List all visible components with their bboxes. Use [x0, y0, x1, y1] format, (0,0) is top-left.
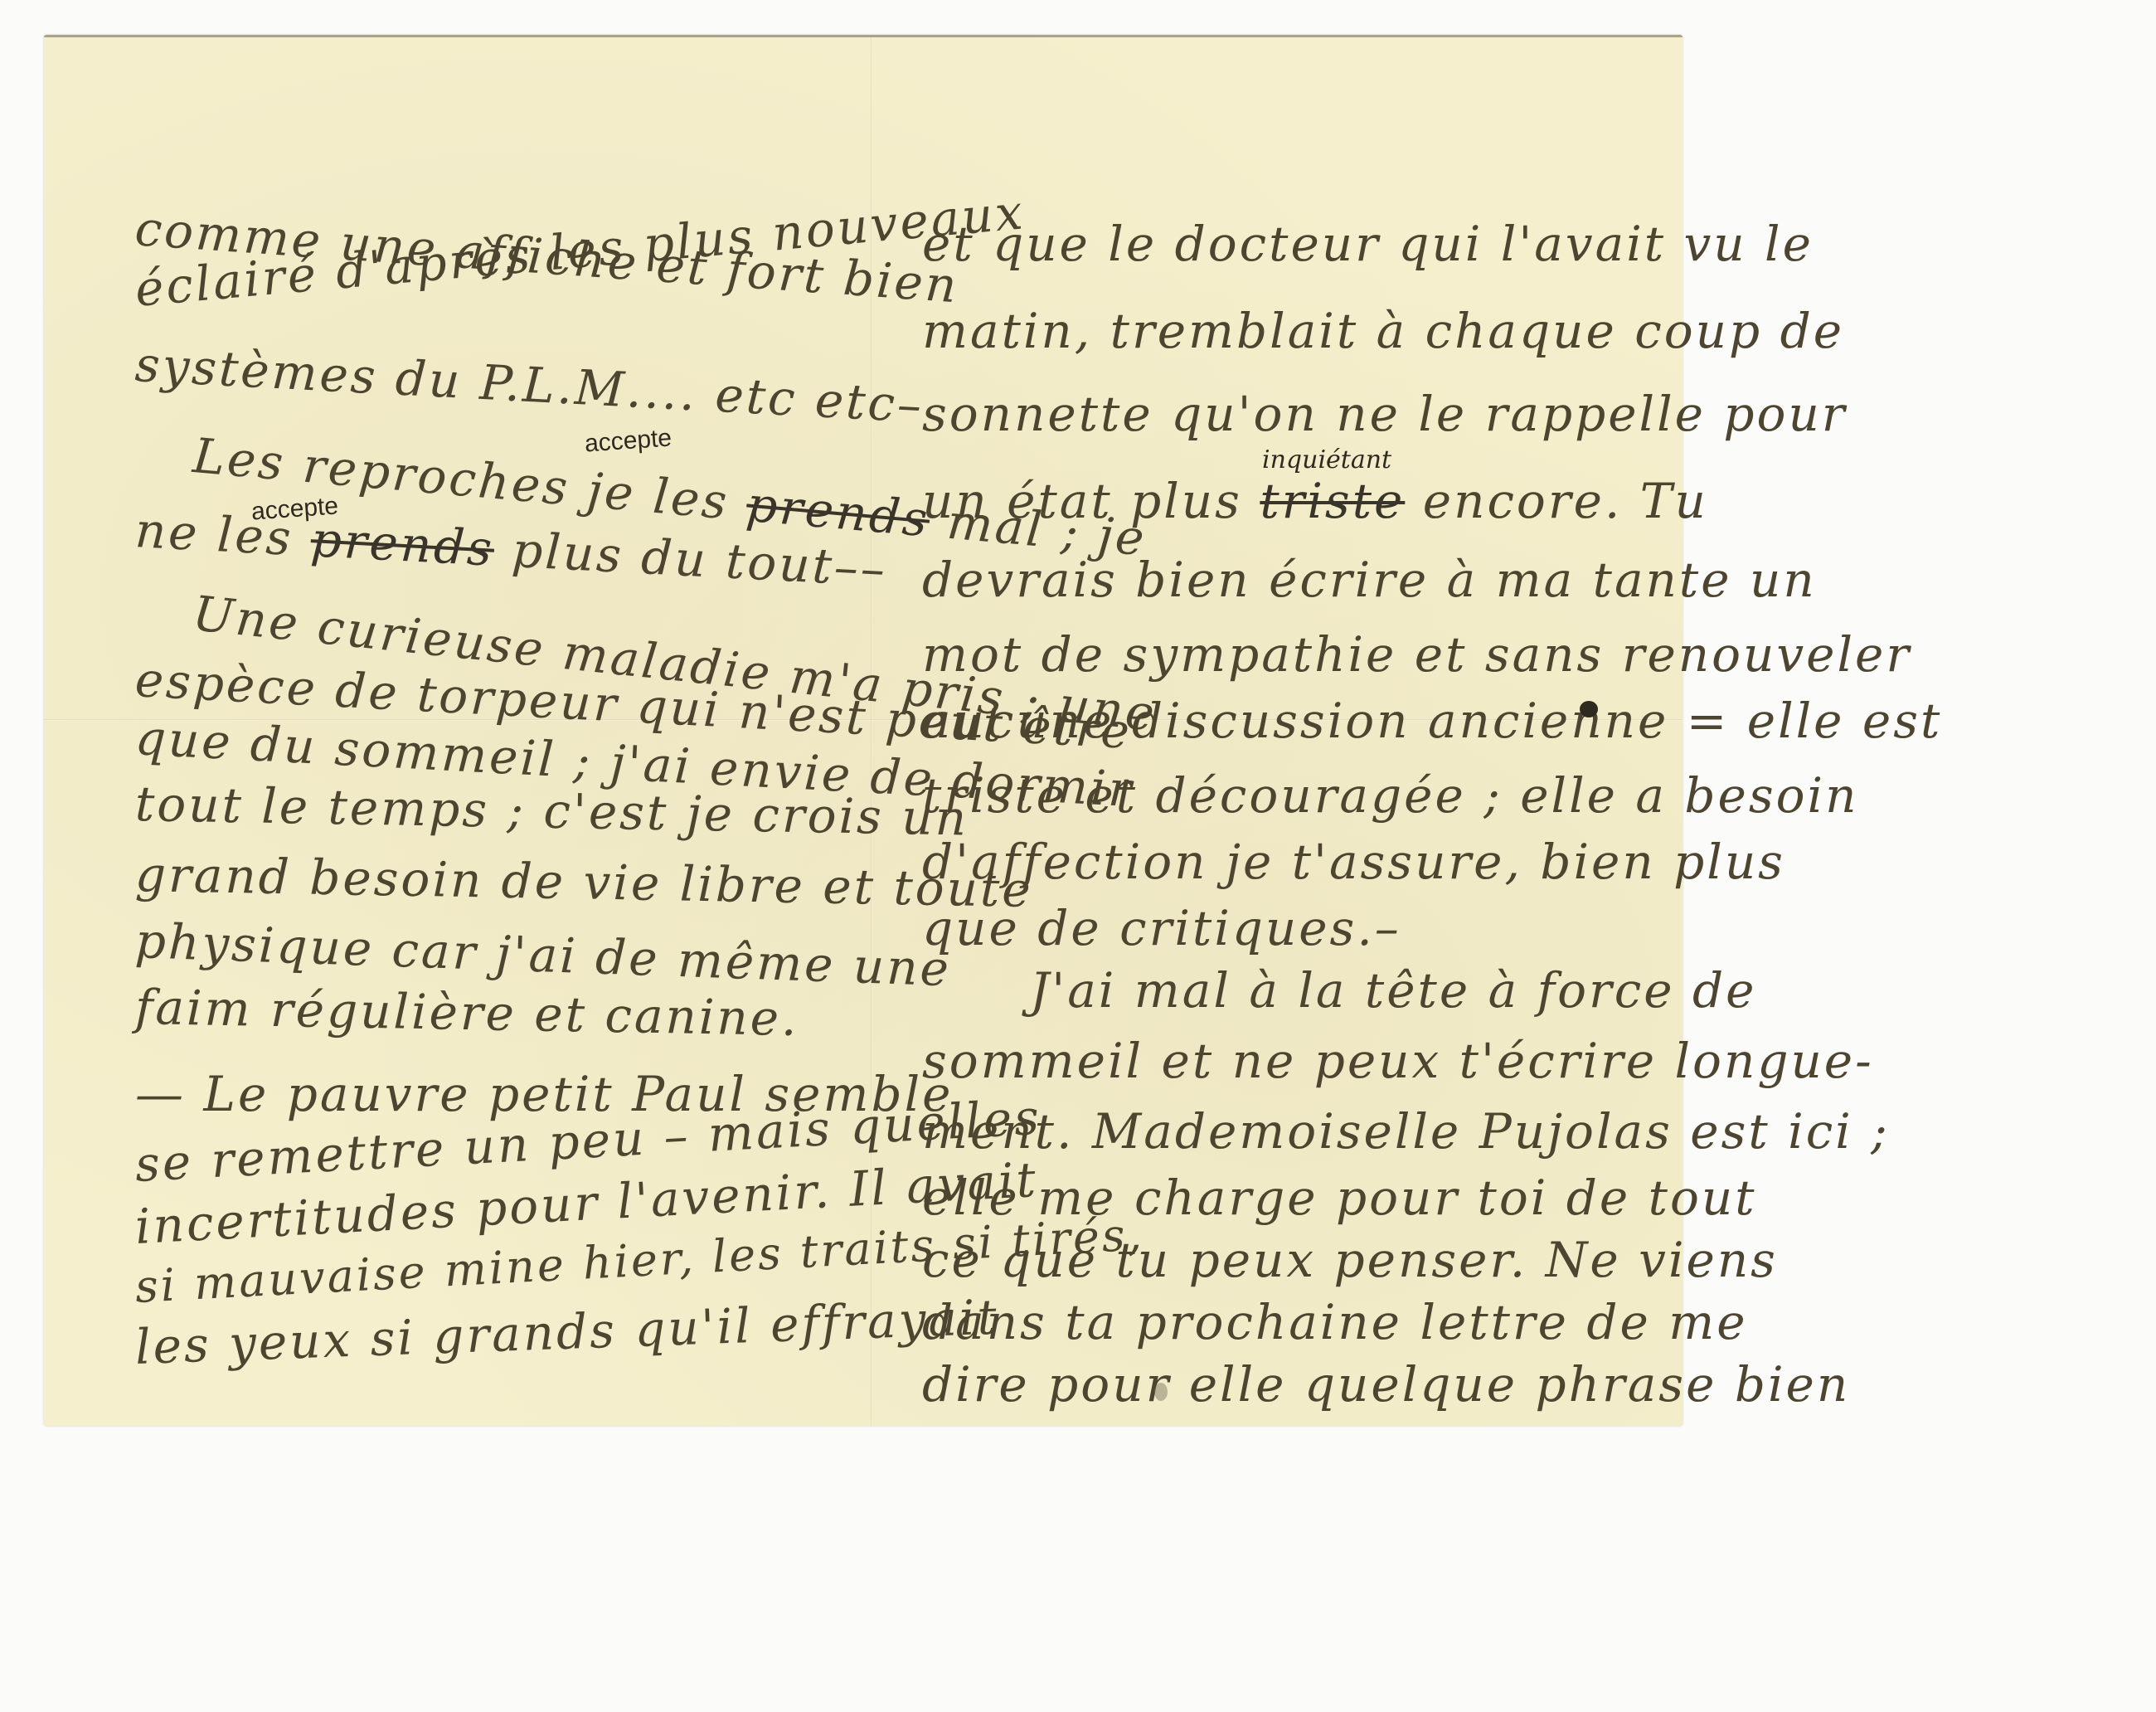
left-page: comme une affiche et fort bien éclairé d… [44, 37, 871, 1426]
handwritten-line: sommeil et ne peux t'écrire longue- [922, 1033, 1874, 1089]
handwritten-line: J'ai mal à la tête à force de [1030, 962, 1756, 1019]
inserted-correction: accepte [584, 424, 673, 458]
inserted-correction: inquiétant [1262, 445, 1391, 474]
handwritten-line: et que le docteur qui l'avait vu le [922, 216, 1814, 272]
handwritten-line: ce que tu peux penser. Ne viens [922, 1232, 1778, 1288]
handwritten-line: ment. Mademoiselle Pujolas est ici ; [922, 1103, 1890, 1160]
struck-word: triste [1260, 473, 1405, 529]
line-text: un état plus [922, 473, 1260, 529]
line-text: encore. Tu [1405, 473, 1707, 529]
handwritten-line: un état plus triste encore. Tu [922, 473, 1708, 529]
right-page: et que le docteur qui l'avait vu le mati… [872, 37, 1683, 1426]
handwritten-line: d'affection je t'assure, bien plus [922, 834, 1785, 890]
handwritten-line: sonnette qu'on ne le rappelle pour [922, 386, 1848, 442]
handwritten-line: aucune discussion ancienne = elle est [922, 693, 1942, 749]
letter-sheet: comme une affiche et fort bien éclairé d… [44, 35, 1683, 1426]
struck-word: prends [309, 511, 496, 576]
handwritten-line: faim régulière et canine. [134, 979, 799, 1047]
handwritten-line: elle me charge pour toi de tout [922, 1170, 1757, 1226]
handwritten-line: mot de sympathie et sans renouveler [922, 626, 1911, 683]
handwritten-line: matin, tremblait à chaque coup de [922, 303, 1844, 359]
handwritten-line: devrais bien écrire à ma tante un [922, 552, 1817, 608]
ink-smudge [1154, 1383, 1168, 1401]
handwritten-line: dans ta prochaine lettre de me [922, 1294, 1748, 1350]
ink-blot [1580, 701, 1598, 717]
handwritten-line: dire pour elle quelque phrase bien [922, 1356, 1850, 1413]
handwritten-line: triste et découragée ; elle a besoin [922, 767, 1858, 824]
handwritten-line: que de critiques.– [922, 900, 1401, 956]
handwritten-line: systèmes du P.L.M.... etc etc– [134, 336, 925, 434]
